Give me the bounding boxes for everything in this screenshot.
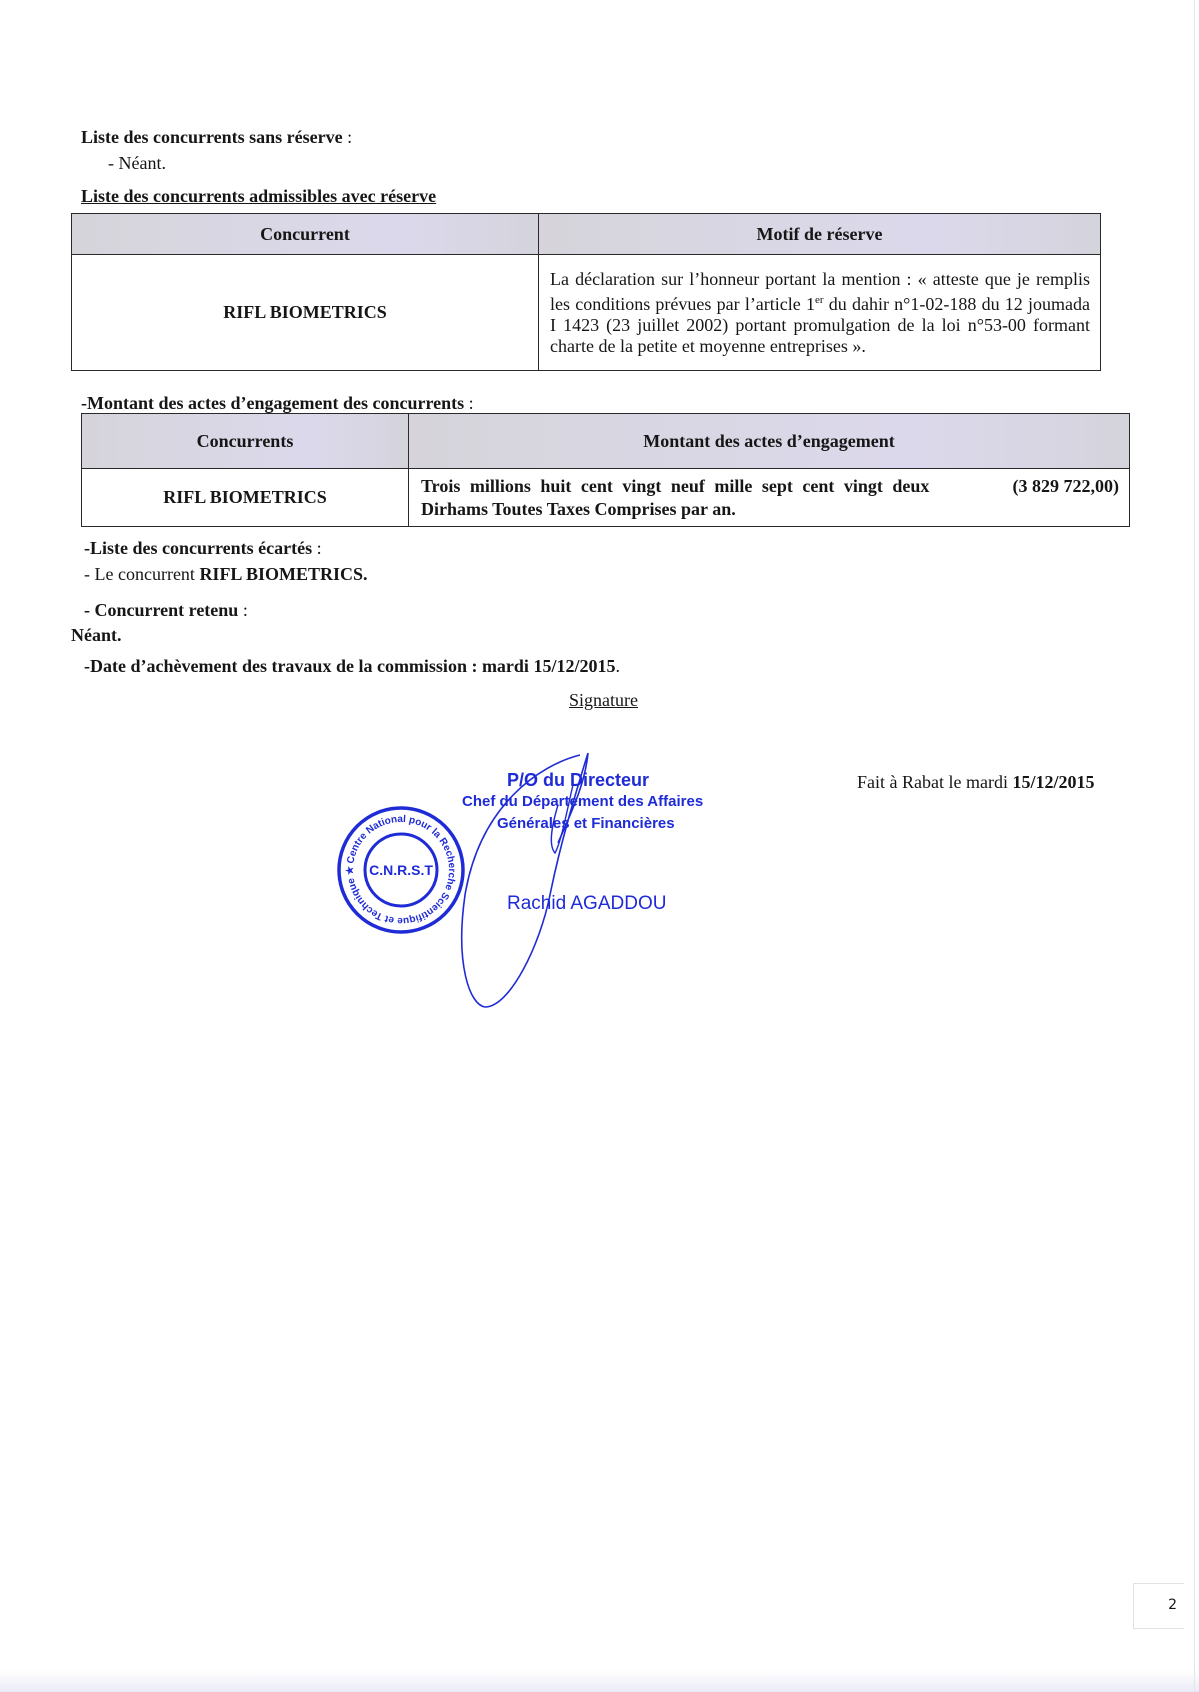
signatory-line-3: Générales et Financières xyxy=(497,815,675,832)
sans-reserve-item: - Néant. xyxy=(108,153,166,174)
period: . xyxy=(615,656,620,676)
cell-montant: Trois millions huit cent vingt neuf mill… xyxy=(409,469,1130,527)
montant-line-2: Dirhams Toutes Taxes Comprises par an. xyxy=(421,498,1119,521)
heading-text: -Liste des concurrents écartés xyxy=(84,538,312,558)
signatory-line-2: Chef du Département des Affaires xyxy=(462,793,703,810)
col-header-concurrents: Concurrents xyxy=(82,414,409,469)
cell-motif: La déclaration sur l’honneur portant la … xyxy=(539,255,1101,371)
retenu-value: Néant. xyxy=(71,625,122,646)
col-header-concurrent: Concurrent xyxy=(72,214,539,255)
table-header-row: Concurrents Montant des actes d’engageme… xyxy=(82,414,1130,469)
heading-montant: -Montant des actes d’engagement des conc… xyxy=(81,393,474,414)
item-prefix: - Le concurrent xyxy=(84,564,199,584)
table-row: RIFL BIOMETRICS La déclaration sur l’hon… xyxy=(72,255,1101,371)
heading-sans-reserve: Liste des concurrents sans réserve : xyxy=(81,127,352,148)
signatory-name: Rachid AGADDOU xyxy=(507,893,666,915)
svg-text:C.N.R.S.T: C.N.R.S.T xyxy=(369,862,433,878)
heading-text: -Montant des actes d’engagement des conc… xyxy=(81,393,464,413)
fait-a-date: 15/12/2015 xyxy=(1012,772,1094,792)
heading-retenu: - Concurrent retenu : xyxy=(84,600,248,621)
heading-ecartes: -Liste des concurrents écartés : xyxy=(84,538,322,559)
ecartes-item: - Le concurrent RIFL BIOMETRICS. xyxy=(84,564,367,585)
colon: : xyxy=(238,600,248,620)
montant-table: Concurrents Montant des actes d’engageme… xyxy=(81,413,1130,527)
cell-concurrent: RIFL BIOMETRICS xyxy=(72,255,539,371)
heading-text: - Concurrent retenu xyxy=(84,600,238,620)
date-achevement: -Date d’achèvement des travaux de la com… xyxy=(84,656,620,677)
montant-figure: (3 829 722,00) xyxy=(1013,475,1120,498)
item-name: RIFL BIOMETRICS. xyxy=(199,564,367,584)
col-header-motif: Motif de réserve xyxy=(539,214,1101,255)
page-edge xyxy=(1194,0,1195,1692)
cell-concurrent: RIFL BIOMETRICS xyxy=(82,469,409,527)
montant-words: Trois millions huit cent vingt neuf mill… xyxy=(421,475,929,498)
table-row: RIFL BIOMETRICS Trois millions huit cent… xyxy=(82,469,1130,527)
date-label: -Date d’achèvement des travaux de la com… xyxy=(84,656,615,676)
motif-superscript: er xyxy=(815,294,824,306)
table-header-row: Concurrent Motif de réserve xyxy=(72,214,1101,255)
scan-tint xyxy=(0,1670,1199,1692)
montant-line-1: Trois millions huit cent vingt neuf mill… xyxy=(421,475,1119,498)
signature-label: Signature xyxy=(569,690,638,711)
heading-text: Liste des concurrents sans réserve xyxy=(81,127,343,147)
reserve-table: Concurrent Motif de réserve RIFL BIOMETR… xyxy=(71,213,1101,371)
page-number-box: 2 xyxy=(1133,1583,1184,1629)
colon: : xyxy=(312,538,322,558)
colon: : xyxy=(343,127,353,147)
signatory-line-1: P/O du Directeur xyxy=(507,770,649,791)
fait-a-prefix: Fait à Rabat le mardi xyxy=(857,772,1012,792)
fait-a-line: Fait à Rabat le mardi 15/12/2015 xyxy=(857,772,1094,793)
heading-avec-reserve: Liste des concurrents admissibles avec r… xyxy=(81,186,436,207)
colon: : xyxy=(464,393,474,413)
col-header-montant: Montant des actes d’engagement xyxy=(409,414,1130,469)
page-number: 2 xyxy=(1168,1597,1177,1613)
